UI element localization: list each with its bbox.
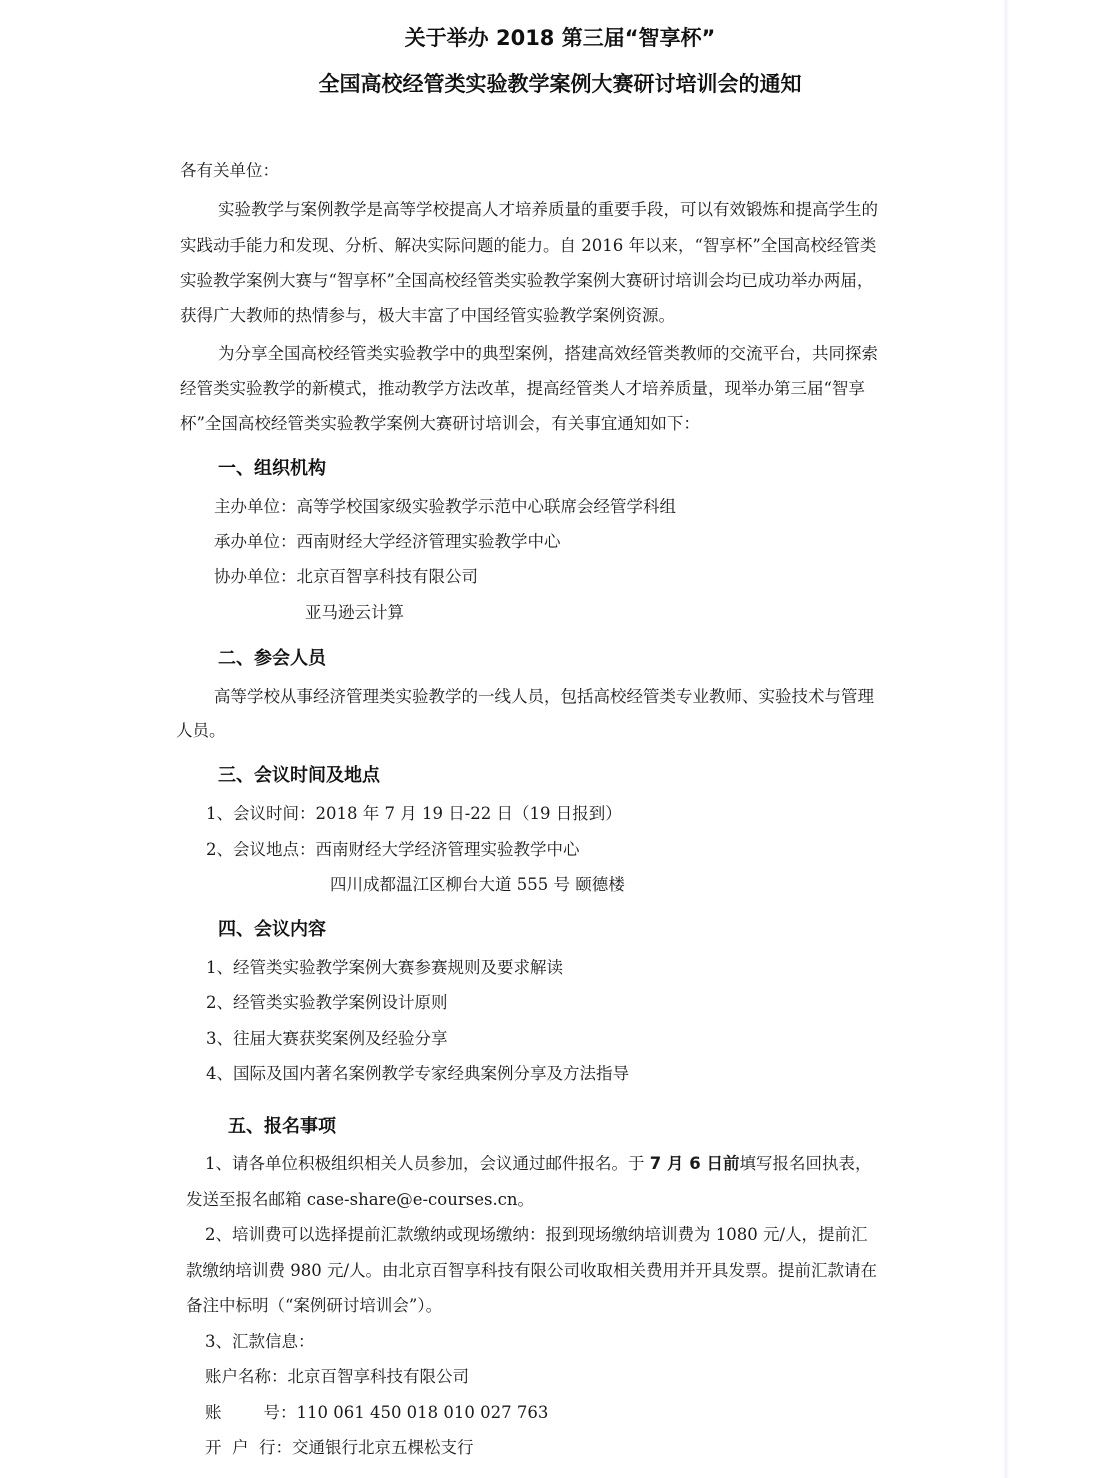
intro-p2-line-2: 经管类实验教学的新模式，推动教学方法改革，提高经管类人才培养质量，现举办第三届“… xyxy=(180,378,865,400)
salutation: 各有关单位： xyxy=(180,160,279,182)
section-2-heading: 二、参会人员 xyxy=(218,644,326,670)
registration-text-a: 1、请各单位积极组织相关人员参加，会议通过邮件报名。于 xyxy=(205,1154,650,1173)
fee-line-3: 备注中标明（“案例研讨培训会”）。 xyxy=(186,1295,442,1317)
section-4-heading: 四、会议内容 xyxy=(218,915,326,941)
title-line-2: 全国高校经管类实验教学案例大赛研讨培训会的通知 xyxy=(0,68,1120,98)
account-name: 账户名称：北京百智享科技有限公司 xyxy=(205,1366,469,1388)
account-number: 110 061 450 018 010 027 763 xyxy=(296,1403,548,1422)
intro-p2-line-1: 为分享全国高校经管类实验教学中的典型案例，搭建高效经管类教师的交流平台，共同探索 xyxy=(218,343,878,365)
account-number-label: 账 号： xyxy=(205,1403,296,1422)
section-5-heading: 五、报名事项 xyxy=(228,1112,336,1138)
fee-line-1: 2、培训费可以选择提前汇款缴纳或现场缴纳：报到现场缴纳培训费为 1080 元/人… xyxy=(205,1224,868,1246)
meeting-time: 1、会议时间：2018 年 7 月 19 日-22 日（19 日报到） xyxy=(206,803,622,825)
host-unit: 主办单位：高等学校国家级实验教学示范中心联席会经管学科组 xyxy=(214,496,676,518)
registration-email-line: 发送至报名邮箱 case-share@e-courses.cn。 xyxy=(186,1189,534,1211)
remittance-heading: 3、汇款信息： xyxy=(205,1331,315,1353)
registration-deadline: 7 月 6 日前 xyxy=(650,1154,740,1173)
intro-p1-line-1: 实验教学与案例教学是高等学校提高人才培养质量的重要手段，可以有效锻炼和提高学生的 xyxy=(218,199,878,221)
section-3-heading: 三、会议时间及地点 xyxy=(218,761,380,787)
co-organizer-unit: 协办单位：北京百智享科技有限公司 xyxy=(214,566,478,588)
notice-document: 关于举办 2018 第三届“智享杯” 全国高校经管类实验教学案例大赛研讨培训会的… xyxy=(0,0,1120,1478)
participants-line-1: 高等学校从事经济管理类实验教学的一线人员，包括高校经管类专业教师、实验技术与管理 xyxy=(214,686,874,708)
account-number-row: 账 号：110 061 450 018 010 027 763 xyxy=(205,1402,548,1424)
intro-p2-line-3: 杯”全国高校经管类实验教学案例大赛研讨培训会，有关事宜通知如下： xyxy=(180,413,700,435)
registration-text-b: 填写报名回执表， xyxy=(739,1154,871,1173)
scan-edge xyxy=(1003,0,1009,1478)
content-item-2: 2、经管类实验教学案例设计原则 xyxy=(206,992,448,1014)
content-item-1: 1、经管类实验教学案例大赛参赛规则及要求解读 xyxy=(206,957,563,979)
registration-item-1-line-1: 1、请各单位积极组织相关人员参加，会议通过邮件报名。于 7 月 6 日前填写报名… xyxy=(205,1153,871,1175)
meeting-place: 2、会议地点：西南财经大学经济管理实验教学中心 xyxy=(206,839,580,861)
meeting-address: 四川成都温江区柳台大道 555 号 颐德楼 xyxy=(330,874,625,896)
intro-p1-line-3: 实验教学案例大赛与“智享杯”全国高校经管类实验教学案例大赛研讨培训会均已成功举办… xyxy=(180,270,873,292)
intro-p1-line-4: 获得广大教师的热情参与，极大丰富了中国经管实验教学案例资源。 xyxy=(180,305,675,327)
section-1-heading: 一、组织机构 xyxy=(218,454,326,480)
bank-name: 开 户 行：交通银行北京五棵松支行 xyxy=(205,1437,473,1459)
content-item-4: 4、国际及国内著名案例教学专家经典案例分享及方法指导 xyxy=(206,1063,629,1085)
co-organizer-unit-2: 亚马逊云计算 xyxy=(305,602,404,624)
organizer-unit: 承办单位：西南财经大学经济管理实验教学中心 xyxy=(214,531,561,553)
participants-line-2: 人员。 xyxy=(176,720,226,742)
intro-p1-line-2: 实践动手能力和发现、分析、解决实际问题的能力。自 2016 年以来，“智享杯”全… xyxy=(180,235,876,257)
content-item-3: 3、往届大赛获奖案例及经验分享 xyxy=(206,1028,448,1050)
title-line-1: 关于举办 2018 第三届“智享杯” xyxy=(0,22,1120,52)
fee-line-2: 款缴纳培训费 980 元/人。由北京百智享科技有限公司收取相关费用并开具发票。提… xyxy=(186,1260,877,1282)
